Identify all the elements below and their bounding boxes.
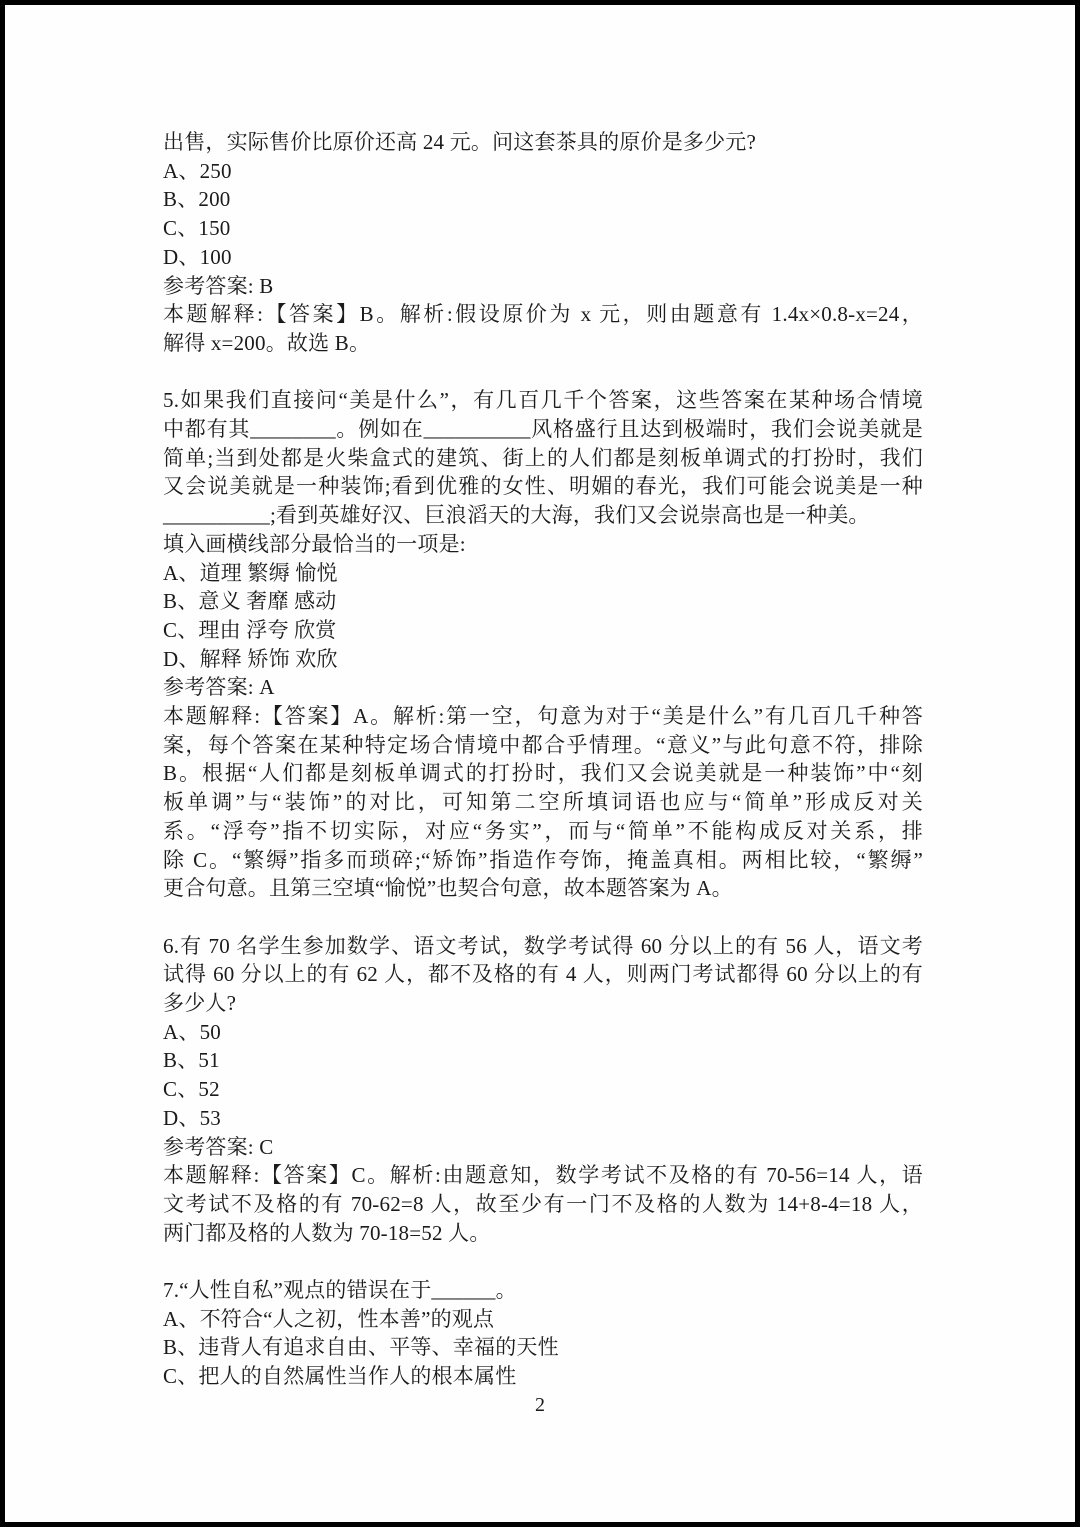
text-line: A、不符合“人之初，性本善”的观点 <box>163 1305 923 1334</box>
text-line: B、意义 奢靡 感动 <box>163 587 923 616</box>
text-line: 本题解释:【答案】A。解析:第一空，句意为对于“美是什么”有几百几千种答 <box>163 702 923 731</box>
text-line: 5.如果我们直接问“美是什么”，有几百几千个答案，这些答案在某种场合情境 <box>163 386 923 415</box>
text-line: D、53 <box>163 1104 923 1133</box>
text-line: 参考答案: A <box>163 673 923 702</box>
text-line: 6.有 70 名学生参加数学、语文考试，数学考试得 60 分以上的有 56 人，… <box>163 932 923 961</box>
text-line: 解得 x=200。故选 B。 <box>163 329 923 358</box>
text-line: 中都有其________。例如在__________风格盛行且达到极端时，我们会… <box>163 415 923 444</box>
text-line: D、解释 矫饰 欢欣 <box>163 645 923 674</box>
text-line: 本题解释:【答案】B。解析:假设原价为 x 元，则由题意有 1.4x×0.8-x… <box>163 300 923 329</box>
text-line: 试得 60 分以上的有 62 人，都不及格的有 4 人，则两门考试都得 60 分… <box>163 960 923 989</box>
question-4-continuation: 出售，实际售价比原价还高 24 元。问这套茶具的原价是多少元?A、250B、20… <box>163 128 923 358</box>
text-line: A、50 <box>163 1018 923 1047</box>
text-line: 本题解释:【答案】C。解析:由题意知，数学考试不及格的有 70-56=14 人，… <box>163 1161 923 1190</box>
text-line: C、52 <box>163 1075 923 1104</box>
text-line: C、把人的自然属性当作人的根本属性 <box>163 1362 923 1391</box>
text-line: A、道理 繁缛 愉悦 <box>163 559 923 588</box>
text-line: 案，每个答案在某种特定场合情境中都合乎情理。“意义”与此句意不符，排除 <box>163 731 923 760</box>
text-line: B、违背人有追求自由、平等、幸福的天性 <box>163 1333 923 1362</box>
text-line: C、理由 浮夸 欣赏 <box>163 616 923 645</box>
page-content: 出售，实际售价比原价还高 24 元。问这套茶具的原价是多少元?A、250B、20… <box>163 128 923 1391</box>
text-line: B。根据“人们都是刻板单调式的打扮时，我们又会说美就是一种装饰”中“刻 <box>163 759 923 788</box>
text-line: 出售，实际售价比原价还高 24 元。问这套茶具的原价是多少元? <box>163 128 923 157</box>
text-line: 更合句意。且第三空填“愉悦”也契合句意，故本题答案为 A。 <box>163 874 923 903</box>
text-line: 除 C。“繁缛”指多而琐碎;“矫饰”指造作夸饰，掩盖真相。两相比较，“繁缛” <box>163 846 923 875</box>
text-line: B、51 <box>163 1046 923 1075</box>
text-line: 系。“浮夸”指不切实际，对应“务实”，而与“简单”不能构成反对关系，排 <box>163 817 923 846</box>
text-line: B、200 <box>163 185 923 214</box>
text-line: 多少人? <box>163 989 923 1018</box>
page-number: 2 <box>5 1391 1075 1420</box>
question-7: 7.“人性自私”观点的错误在于______。A、不符合“人之初，性本善”的观点B… <box>163 1276 923 1391</box>
text-line: 又会说美就是一种装饰;看到优雅的女性、明媚的春光，我们可能会说美是一种 <box>163 472 923 501</box>
text-line: __________;看到英雄好汉、巨浪滔天的大海，我们又会说崇高也是一种美。 <box>163 501 923 530</box>
text-line: 两门都及格的人数为 70-18=52 人。 <box>163 1219 923 1248</box>
text-line: 填入画横线部分最恰当的一项是: <box>163 530 923 559</box>
text-line: 参考答案: B <box>163 272 923 301</box>
text-line: 板单调”与“装饰”的对比，可知第二空所填词语也应与“简单”形成反对关 <box>163 788 923 817</box>
text-line: 参考答案: C <box>163 1133 923 1162</box>
question-6: 6.有 70 名学生参加数学、语文考试，数学考试得 60 分以上的有 56 人，… <box>163 932 923 1248</box>
text-line: 7.“人性自私”观点的错误在于______。 <box>163 1276 923 1305</box>
text-line: C、150 <box>163 214 923 243</box>
text-line: 文考试不及格的有 70-62=8 人，故至少有一门不及格的人数为 14+8-4=… <box>163 1190 923 1219</box>
text-line: A、250 <box>163 157 923 186</box>
question-5: 5.如果我们直接问“美是什么”，有几百几千个答案，这些答案在某种场合情境中都有其… <box>163 386 923 903</box>
text-line: 简单;当到处都是火柴盒式的建筑、街上的人们都是刻板单调式的打扮时，我们 <box>163 444 923 473</box>
text-line: D、100 <box>163 243 923 272</box>
document-page: 出售，实际售价比原价还高 24 元。问这套茶具的原价是多少元?A、250B、20… <box>0 0 1080 1527</box>
